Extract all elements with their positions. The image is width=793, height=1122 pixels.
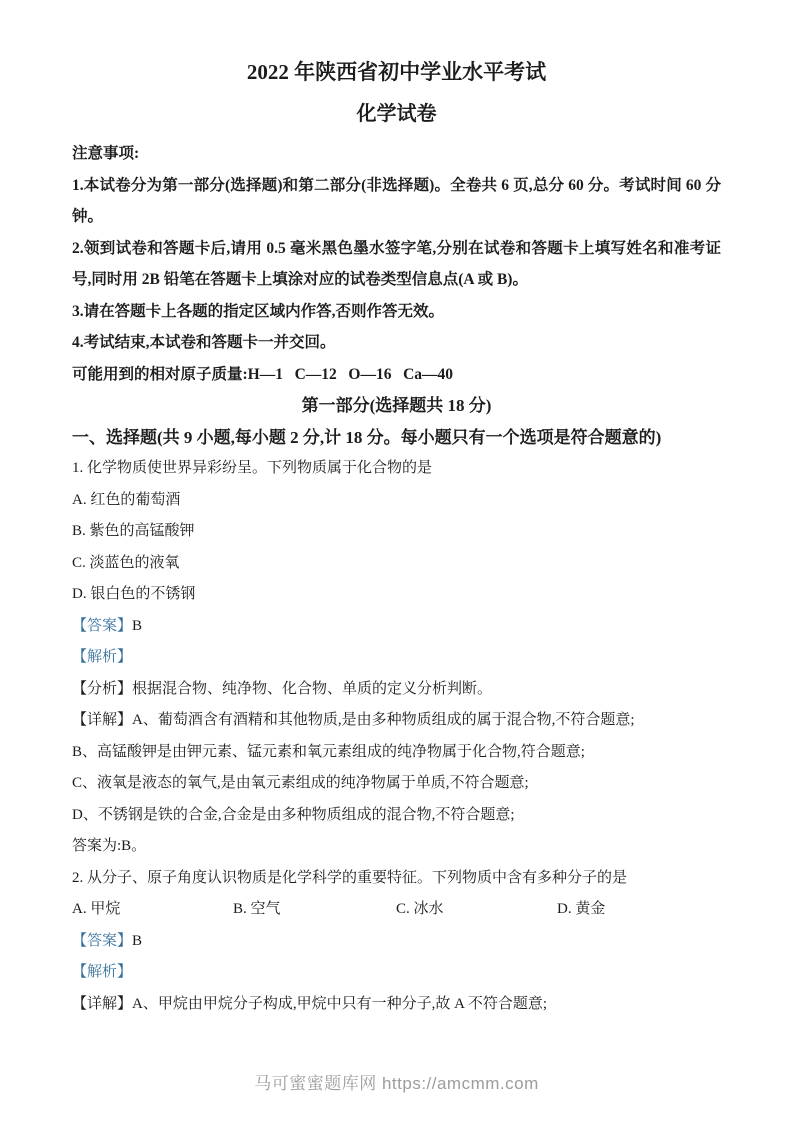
question-1-option-a: A. 红色的葡萄酒 bbox=[72, 485, 721, 517]
question-1-analysis-line-2: 【详解】A、葡萄酒含有酒精和其他物质,是由多种物质组成的属于混合物,不符合题意; bbox=[72, 705, 721, 737]
question-1-analysis-line-5: D、不锈钢是铁的合金,合金是由多种物质组成的混合物,不符合题意; bbox=[72, 800, 721, 832]
question-2: 2. 从分子、原子角度认识物质是化学科学的重要特征。下列物质中含有多种分子的是 … bbox=[72, 863, 721, 1021]
question-2-analysis-line-1: 【详解】A、甲烷由甲烷分子构成,甲烷中只有一种分子,故 A 不符合题意; bbox=[72, 989, 721, 1021]
question-1-analysis-line-6: 答案为:B。 bbox=[72, 831, 721, 863]
section1-heading: 一、选择题(共 9 小题,每小题 2 分,计 18 分。每小题只有一个选项是符合… bbox=[72, 422, 721, 454]
notice-item-3: 3.请在答题卡上各题的指定区域内作答,否则作答无效。 bbox=[72, 296, 721, 328]
question-1-option-b: B. 紫色的高锰酸钾 bbox=[72, 516, 721, 548]
question-2-analysis-label-line: 【解析】 bbox=[72, 957, 721, 989]
question-2-stem: 2. 从分子、原子角度认识物质是化学科学的重要特征。下列物质中含有多种分子的是 bbox=[72, 863, 721, 895]
notice-item-1: 1.本试卷分为第一部分(选择题)和第二部分(非选择题)。全卷共 6 页,总分 6… bbox=[72, 170, 721, 233]
notice-item-2: 2.领到试卷和答题卡后,请用 0.5 毫米黑色墨水签字笔,分别在试卷和答题卡上填… bbox=[72, 233, 721, 296]
atomic-mass-line: 可能用到的相对原子质量:H—1 C—12 O—16 Ca—40 bbox=[72, 359, 721, 391]
part1-heading: 第一部分(选择题共 18 分) bbox=[72, 390, 721, 422]
question-1-stem: 1. 化学物质使世界异彩纷呈。下列物质属于化合物的是 bbox=[72, 453, 721, 485]
answer-label: 【答案】 bbox=[72, 618, 132, 634]
analysis-label: 【解析】 bbox=[72, 649, 132, 665]
question-1-option-d: D. 银白色的不锈钢 bbox=[72, 579, 721, 611]
page-subtitle: 化学试卷 bbox=[72, 100, 721, 128]
question-1-analysis-line-1: 【分析】根据混合物、纯净物、化合物、单质的定义分析判断。 bbox=[72, 674, 721, 706]
question-1-analysis-label-line: 【解析】 bbox=[72, 642, 721, 674]
question-2-option-d: D. 黄金 bbox=[557, 894, 721, 926]
question-2-options-row: A. 甲烷 B. 空气 C. 冰水 D. 黄金 bbox=[72, 894, 721, 926]
page-title: 2022 年陕西省初中学业水平考试 bbox=[72, 58, 721, 86]
question-1-analysis-line-4: C、液氧是液态的氧气,是由氧元素组成的纯净物属于单质,不符合题意; bbox=[72, 768, 721, 800]
question-2-option-b: B. 空气 bbox=[233, 894, 396, 926]
answer-value: B bbox=[132, 618, 142, 634]
answer-label: 【答案】 bbox=[72, 933, 132, 949]
notice-item-4: 4.考试结束,本试卷和答题卡一并交回。 bbox=[72, 327, 721, 359]
question-1-answer-line: 【答案】B bbox=[72, 611, 721, 643]
notice-heading: 注意事项: bbox=[72, 138, 721, 170]
question-1-analysis-line-3: B、高锰酸钾是由钾元素、锰元素和氧元素组成的纯净物属于化合物,符合题意; bbox=[72, 737, 721, 769]
analysis-label: 【解析】 bbox=[72, 964, 132, 980]
watermark-footer: 马可蜜蜜题库网 https://amcmm.com bbox=[0, 1069, 793, 1094]
answer-value: B bbox=[132, 933, 142, 949]
question-2-option-a: A. 甲烷 bbox=[72, 894, 233, 926]
exam-page: 2022 年陕西省初中学业水平考试 化学试卷 注意事项: 1.本试卷分为第一部分… bbox=[0, 0, 793, 1122]
question-2-answer-line: 【答案】B bbox=[72, 926, 721, 958]
question-1-option-c: C. 淡蓝色的液氧 bbox=[72, 548, 721, 580]
question-1: 1. 化学物质使世界异彩纷呈。下列物质属于化合物的是 A. 红色的葡萄酒 B. … bbox=[72, 453, 721, 863]
question-2-option-c: C. 冰水 bbox=[396, 894, 557, 926]
